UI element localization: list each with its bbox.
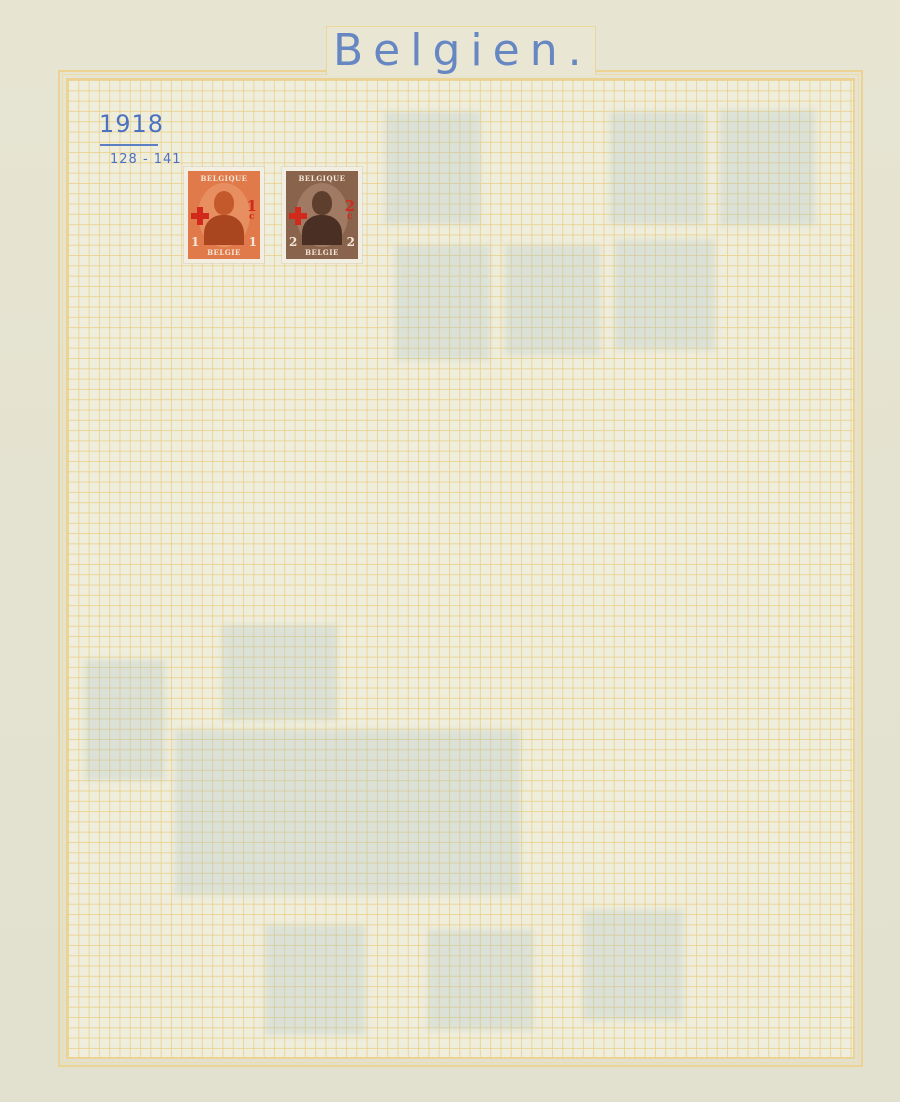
stamp-country-bottom: BELGIE	[188, 248, 260, 257]
ghost-stamp-mark	[265, 925, 365, 1035]
stamp-country-bottom: BELGIE	[286, 248, 358, 257]
stamp-country-top: BELGIQUE	[286, 174, 358, 183]
stamp-2c-red-cross[interactable]: BELGIQUE 2 c 2 2 BELGIE	[282, 167, 362, 263]
ghost-stamp-mark	[428, 930, 533, 1030]
ghost-stamp-mark	[385, 112, 480, 224]
ghost-stamp-mark	[85, 660, 165, 780]
stamp-1c-red-cross[interactable]: BELGIQUE 1 c 1 1 BELGIE	[184, 167, 264, 263]
stamp-design: BELGIQUE 2 c 2 2 BELGIE	[286, 171, 358, 259]
stamp-value-right: 2	[347, 235, 355, 249]
portrait-head	[312, 191, 332, 215]
ghost-stamp-mark	[615, 240, 715, 350]
catalog-number-range: 128 - 141	[110, 152, 182, 167]
stamp-value-left: 2	[289, 235, 297, 249]
ghost-stamp-mark	[395, 245, 490, 360]
portrait-head	[214, 191, 234, 215]
stamp-value-right: 1	[249, 235, 257, 249]
ghost-stamp-mark	[583, 910, 683, 1020]
portrait-uniform	[302, 215, 342, 245]
album-page: Belgien. 1918 128 - 141 BELGIQUE 1 c 1 1…	[0, 0, 900, 1102]
ghost-stamp-mark	[610, 112, 705, 224]
stamp-country-top: BELGIQUE	[188, 174, 260, 183]
ghost-stamp-mark	[720, 110, 815, 225]
year-heading: 1918	[99, 110, 164, 138]
ghost-stamp-mark	[505, 245, 600, 355]
surcharge-overprint: 1 c	[247, 199, 257, 222]
red-cross-overprint-icon	[191, 207, 209, 225]
stamp-value-left: 1	[191, 235, 199, 249]
page-title: Belgien.	[333, 25, 592, 76]
ghost-stamp-mark	[222, 625, 337, 720]
portrait-uniform	[204, 215, 244, 245]
red-cross-overprint-icon	[289, 207, 307, 225]
surcharge-overprint: 2 c	[345, 199, 355, 222]
year-underline	[100, 144, 158, 146]
title-box: Belgien.	[326, 26, 596, 75]
ghost-block-mark	[175, 730, 520, 895]
stamp-design: BELGIQUE 1 c 1 1 BELGIE	[188, 171, 260, 259]
